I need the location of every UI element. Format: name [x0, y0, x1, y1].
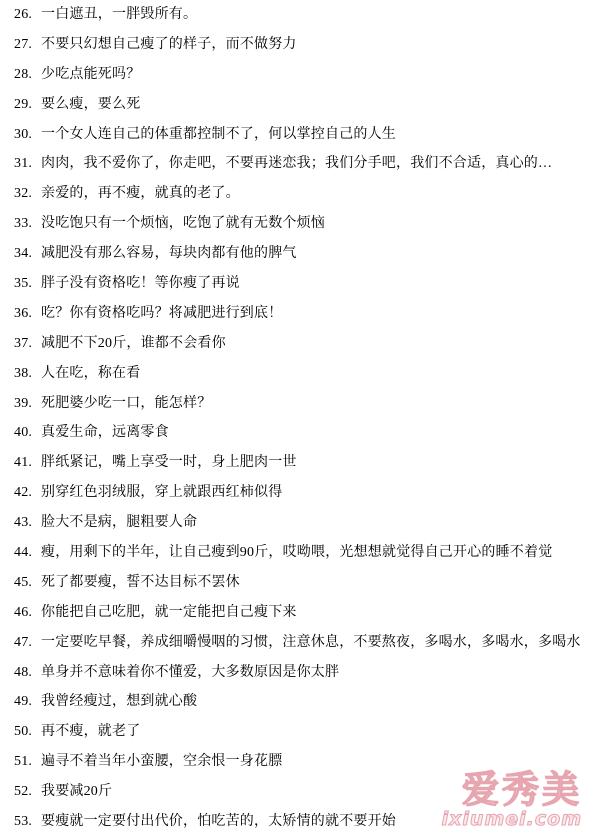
item-number: 47.: [14, 628, 41, 658]
item-text: 没吃饱只有一个烦恼，吃饱了就有无数个烦恼: [41, 216, 325, 231]
item-text: 要么瘦，要么死: [41, 97, 140, 112]
list-item: 31.肉肉，我不爱你了，你走吧，不要再迷恋我；我们分手吧，我们不合适，真心的…: [0, 149, 590, 179]
item-number: 29.: [14, 90, 41, 120]
item-number: 40.: [14, 418, 41, 448]
item-text: 死肥婆少吃一口，能怎样？: [41, 396, 211, 411]
item-number: 44.: [14, 538, 41, 568]
list-item: 51.遍寻不着当年小蛮腰，空余恨一身花膘: [0, 747, 590, 777]
item-text: 真爱生命，远离零食: [41, 425, 169, 440]
item-text: 瘦，用剩下的半年，让自己瘦到90斤，哎呦喂，光想想就觉得自己开心的睡不着觉: [41, 545, 552, 560]
item-number: 28.: [14, 60, 41, 90]
item-number: 30.: [14, 120, 41, 150]
document-page: 26.一白遮丑，一胖毁所有。27.不要只幻想自己瘦了的样子，而不做努力28.少吃…: [0, 0, 590, 837]
item-text: 我要减20斤: [41, 784, 112, 799]
item-text: 胖纸紧记，嘴上享受一时，身上肥肉一世: [41, 455, 297, 470]
item-text: 再不瘦，就老了: [41, 724, 140, 739]
list-item: 27.不要只幻想自己瘦了的样子，而不做努力: [0, 30, 590, 60]
list-item: 53.要瘦就一定要付出代价，怕吃苦的，太矫情的就不要开始: [0, 807, 590, 837]
item-number: 39.: [14, 389, 41, 419]
item-number: 31.: [14, 149, 41, 179]
item-text: 肉肉，我不爱你了，你走吧，不要再迷恋我；我们分手吧，我们不合适，真心的…: [41, 156, 552, 171]
item-number: 51.: [14, 747, 41, 777]
item-number: 36.: [14, 299, 41, 329]
list-item: 44.瘦，用剩下的半年，让自己瘦到90斤，哎呦喂，光想想就觉得自己开心的睡不着觉: [0, 538, 590, 568]
item-number: 35.: [14, 269, 41, 299]
item-text: 人在吃，称在看: [41, 366, 140, 381]
item-text: 减肥没有那么容易，每块肉都有他的脾气: [41, 246, 297, 261]
list-item: 42.别穿红色羽绒服，穿上就跟西红柿似得: [0, 478, 590, 508]
item-text: 别穿红色羽绒服，穿上就跟西红柿似得: [41, 485, 282, 500]
item-number: 26.: [14, 0, 41, 30]
item-number: 27.: [14, 30, 41, 60]
list-item: 29.要么瘦，要么死: [0, 90, 590, 120]
list-item: 40.真爱生命，远离零食: [0, 418, 590, 448]
list-item: 35.胖子没有资格吃！等你瘦了再说: [0, 269, 590, 299]
item-text: 一个女人连自己的体重都控制不了，何以掌控自己的人生: [41, 127, 396, 142]
list-item: 26.一白遮丑，一胖毁所有。: [0, 0, 590, 30]
item-number: 42.: [14, 478, 41, 508]
item-text: 不要只幻想自己瘦了的样子，而不做努力: [41, 37, 297, 52]
list-item: 34.减肥没有那么容易，每块肉都有他的脾气: [0, 239, 590, 269]
item-number: 45.: [14, 568, 41, 598]
item-text: 死了都要瘦，誓不达目标不罢休: [41, 575, 240, 590]
list-item: 49.我曾经瘦过，想到就心酸: [0, 687, 590, 717]
item-number: 34.: [14, 239, 41, 269]
item-number: 41.: [14, 448, 41, 478]
item-number: 38.: [14, 359, 41, 389]
item-number: 32.: [14, 179, 41, 209]
list-item: 41.胖纸紧记，嘴上享受一时，身上肥肉一世: [0, 448, 590, 478]
item-text: 一白遮丑，一胖毁所有。: [41, 7, 197, 22]
list-item: 28.少吃点能死吗？: [0, 60, 590, 90]
item-number: 48.: [14, 658, 41, 688]
list-item: 37.减肥不下20斤，谁都不会看你: [0, 329, 590, 359]
list-item: 33.没吃饱只有一个烦恼，吃饱了就有无数个烦恼: [0, 209, 590, 239]
item-text: 你能把自己吃肥，就一定能把自己瘦下来: [41, 605, 297, 620]
list-item: 48.单身并不意味着你不懂爱，大多数原因是你太胖: [0, 658, 590, 688]
list-item: 30.一个女人连自己的体重都控制不了，何以掌控自己的人生: [0, 120, 590, 150]
item-text: 少吃点能死吗？: [41, 67, 140, 82]
item-text: 遍寻不着当年小蛮腰，空余恨一身花膘: [41, 754, 282, 769]
list-item: 52.我要减20斤: [0, 777, 590, 807]
item-number: 49.: [14, 687, 41, 717]
item-number: 53.: [14, 807, 41, 837]
list-item: 45.死了都要瘦，誓不达目标不罢休: [0, 568, 590, 598]
item-number: 50.: [14, 717, 41, 747]
item-text: 胖子没有资格吃！等你瘦了再说: [41, 276, 240, 291]
item-text: 一定要吃早餐，养成细嚼慢咽的习惯，注意休息，不要熬夜，多喝水，多喝水，多喝水: [41, 635, 581, 650]
item-text: 单身并不意味着你不懂爱，大多数原因是你太胖: [41, 665, 339, 680]
list-item: 46.你能把自己吃肥，就一定能把自己瘦下来: [0, 598, 590, 628]
item-text: 脸大不是病，腿粗要人命: [41, 515, 197, 530]
list-item: 47.一定要吃早餐，养成细嚼慢咽的习惯，注意休息，不要熬夜，多喝水，多喝水，多喝…: [0, 628, 590, 658]
list-item: 43.脸大不是病，腿粗要人命: [0, 508, 590, 538]
item-number: 46.: [14, 598, 41, 628]
item-text: 吃？你有资格吃吗？将减肥进行到底！: [41, 306, 282, 321]
quote-list: 26.一白遮丑，一胖毁所有。27.不要只幻想自己瘦了的样子，而不做努力28.少吃…: [0, 0, 590, 837]
item-number: 33.: [14, 209, 41, 239]
item-text: 减肥不下20斤，谁都不会看你: [41, 336, 226, 351]
list-item: 38.人在吃，称在看: [0, 359, 590, 389]
list-item: 36.吃？你有资格吃吗？将减肥进行到底！: [0, 299, 590, 329]
list-item: 32.亲爱的，再不瘦，就真的老了。: [0, 179, 590, 209]
item-number: 52.: [14, 777, 41, 807]
item-number: 43.: [14, 508, 41, 538]
item-text: 要瘦就一定要付出代价，怕吃苦的，太矫情的就不要开始: [41, 814, 396, 829]
list-item: 50.再不瘦，就老了: [0, 717, 590, 747]
item-text: 我曾经瘦过，想到就心酸: [41, 694, 197, 709]
item-text: 亲爱的，再不瘦，就真的老了。: [41, 186, 240, 201]
item-number: 37.: [14, 329, 41, 359]
list-item: 39.死肥婆少吃一口，能怎样？: [0, 389, 590, 419]
